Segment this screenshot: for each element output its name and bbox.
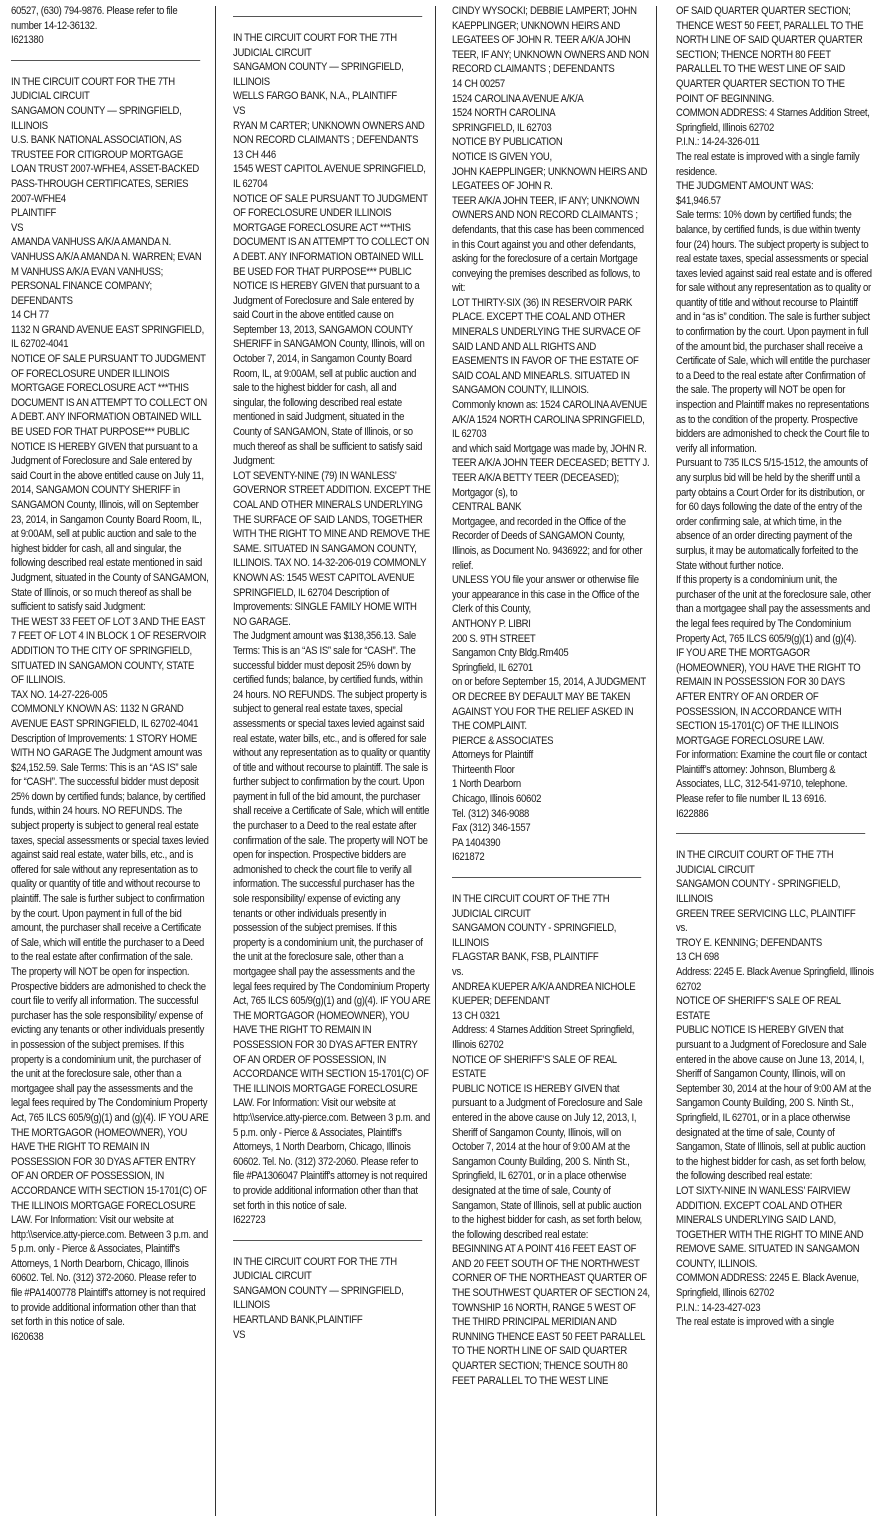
notice-separator <box>233 1240 422 1241</box>
notice-separator <box>233 16 422 17</box>
column-divider <box>656 6 657 1516</box>
legal-notice-text: IN THE CIRCUIT COURT FOR THE 7TH JUDICIA… <box>11 75 209 1345</box>
legal-notice-text: 60527, (630) 794-9876. Please refer to f… <box>11 4 209 48</box>
column-divider <box>215 6 216 1516</box>
column-4: OF SAID QUARTER QUARTER SECTION; THENCE … <box>676 4 874 1521</box>
column-2: IN THE CIRCUIT COURT FOR THE 7TH JUDICIA… <box>233 4 431 1521</box>
column-1: 60527, (630) 794-9876. Please refer to f… <box>11 4 209 1521</box>
notice-separator <box>676 833 865 834</box>
legal-notice-text: IN THE CIRCUIT COURT FOR THE 7TH JUDICIA… <box>233 1255 431 1343</box>
legal-notice-text: IN THE CIRCUIT COURT OF THE 7TH JUDICIAL… <box>676 848 874 1330</box>
legal-notice-text: IN THE CIRCUIT COURT FOR THE 7TH JUDICIA… <box>233 31 431 1228</box>
legal-notice-text: IN THE CIRCUIT COURT OF THE 7TH JUDICIAL… <box>452 892 650 1388</box>
notice-separator <box>11 60 200 61</box>
legal-notices-page: 60527, (630) 794-9876. Please refer to f… <box>0 0 883 1521</box>
column-3: CINDY WYSOCKI; DEBBIE LAMPERT; JOHN KAEP… <box>452 4 650 1521</box>
notice-separator <box>452 877 641 878</box>
legal-notice-text: CINDY WYSOCKI; DEBBIE LAMPERT; JOHN KAEP… <box>452 4 650 865</box>
column-divider <box>435 6 436 1516</box>
legal-notice-text: OF SAID QUARTER QUARTER SECTION; THENCE … <box>676 4 874 821</box>
